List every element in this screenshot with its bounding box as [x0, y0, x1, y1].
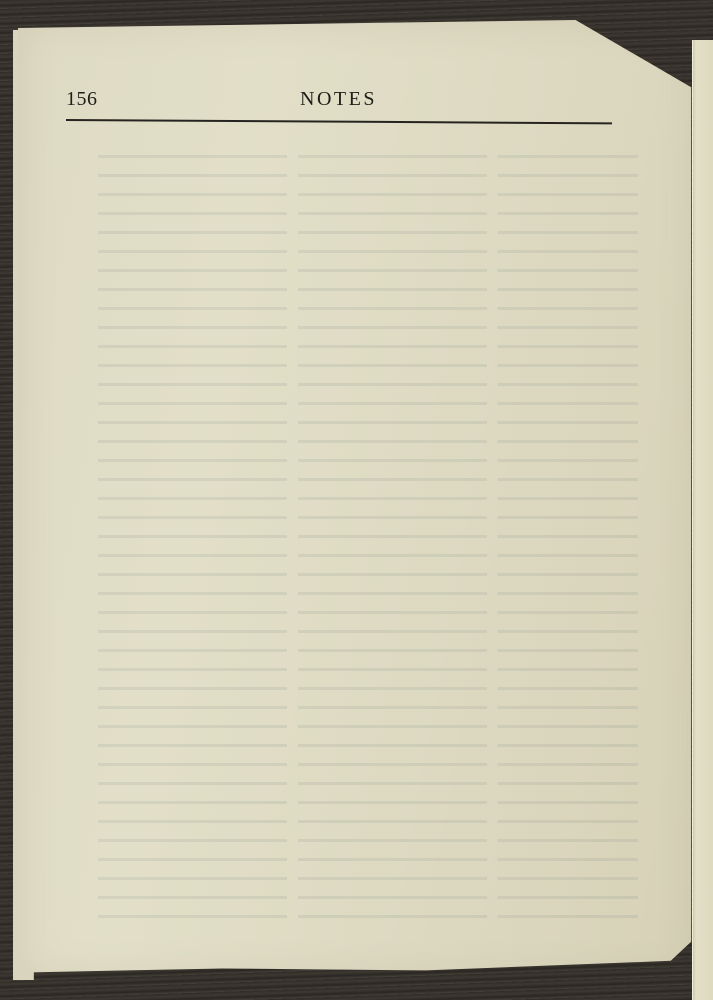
photo-scene: 156 NOTES	[0, 0, 713, 1000]
book-page	[18, 20, 698, 980]
page-number: 156	[66, 88, 98, 111]
show-through-text	[98, 150, 638, 930]
running-head: NOTES	[300, 88, 377, 111]
facing-page-edge	[692, 40, 713, 1000]
